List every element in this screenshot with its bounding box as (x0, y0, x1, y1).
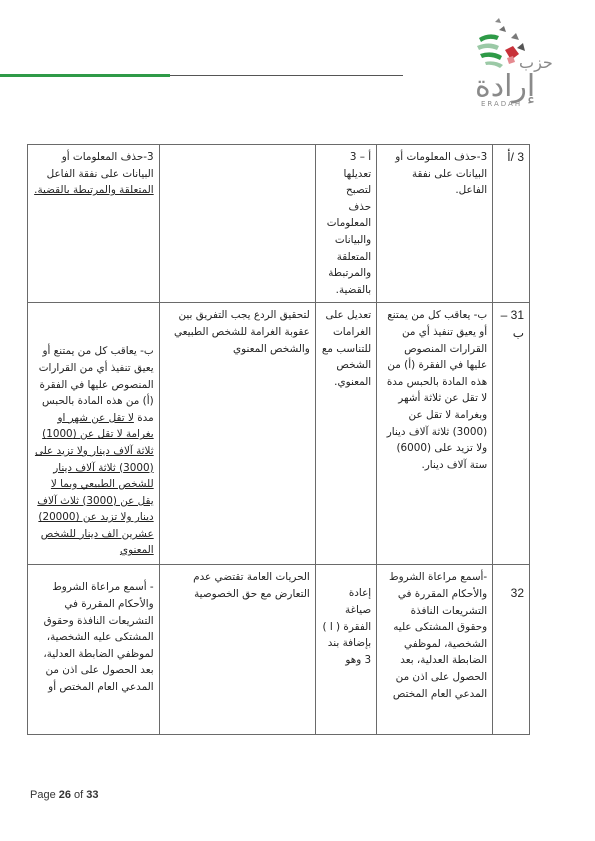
table-row: 32 -أسمع مراعاة الشروط والأحكام المقررة … (28, 565, 530, 735)
header-rule-green (0, 74, 170, 77)
original-text-cell: 3-حذف المعلومات أو البيانات على نفقة الف… (377, 145, 493, 303)
svg-text:ERADAH: ERADAH (481, 100, 522, 108)
amendment-cell: أ – 3 تعديلها لتصبح حذف المعلومات والبيا… (315, 145, 376, 303)
reason-cell (159, 145, 315, 303)
final-text-plain: - أسمع مراعاة الشروط والأحكام المقررة في… (43, 581, 153, 693)
final-text-cell: - أسمع مراعاة الشروط والأحكام المقررة في… (28, 565, 160, 735)
amendment-cell: تعديل على الغرامات للتناسب مع الشخص المع… (315, 303, 376, 565)
header-rule-dark (170, 75, 403, 76)
original-text-cell: -أسمع مراعاة الشروط والأحكام المقررة في … (377, 565, 493, 735)
page-footer: Page 26 of 33 (30, 789, 99, 801)
amendment-cell: إعادة صياغة الفقرة ( ا ) بإضافة بند 3 وه… (315, 565, 376, 735)
final-text-cell: ب- يعاقب كل من يمتنع أو يعيق تنفيذ أي من… (28, 303, 160, 565)
total-pages: 33 (86, 789, 98, 801)
logo-emblem-icon: حزب إرادة ERADAH (455, 8, 575, 108)
article-number-cell: 32 (493, 565, 530, 735)
reason-cell: لتحقيق الردع يجب التفريق بين عقوبة الغرا… (159, 303, 315, 565)
page-label: Page (30, 789, 59, 801)
final-text-cell: 3-حذف المعلومات أو البيانات على نفقة الف… (28, 145, 160, 303)
article-number-cell: 31 – ب (493, 303, 530, 565)
final-text-underlined: لا تقل عن شهر او بغرامة لا تقل عن (1000)… (35, 412, 154, 557)
eradah-party-logo: حزب إرادة ERADAH (455, 8, 575, 108)
article-number-cell: 3 /أ (493, 145, 530, 303)
original-text-cell: ب- يعاقب كل من يمتنع أو يعيق تنفيذ أي من… (377, 303, 493, 565)
table-row: 3 /أ 3-حذف المعلومات أو البيانات على نفق… (28, 145, 530, 303)
table-row: 31 – ب ب- يعاقب كل من يمتنع أو يعيق تنفي… (28, 303, 530, 565)
amendments-table: 3 /أ 3-حذف المعلومات أو البيانات على نفق… (27, 144, 530, 735)
reason-cell: الحريات العامة تقتضي عدم التعارض مع حق ا… (159, 565, 315, 735)
final-text-plain: 3-حذف المعلومات أو البيانات على نفقة الف… (47, 151, 154, 180)
svg-text:إرادة: إرادة (475, 69, 535, 104)
final-text-underlined: المتعلقة والمرتبطة بالقضية. (34, 184, 154, 196)
current-page: 26 (59, 789, 71, 801)
page-of-label: of (71, 789, 86, 801)
